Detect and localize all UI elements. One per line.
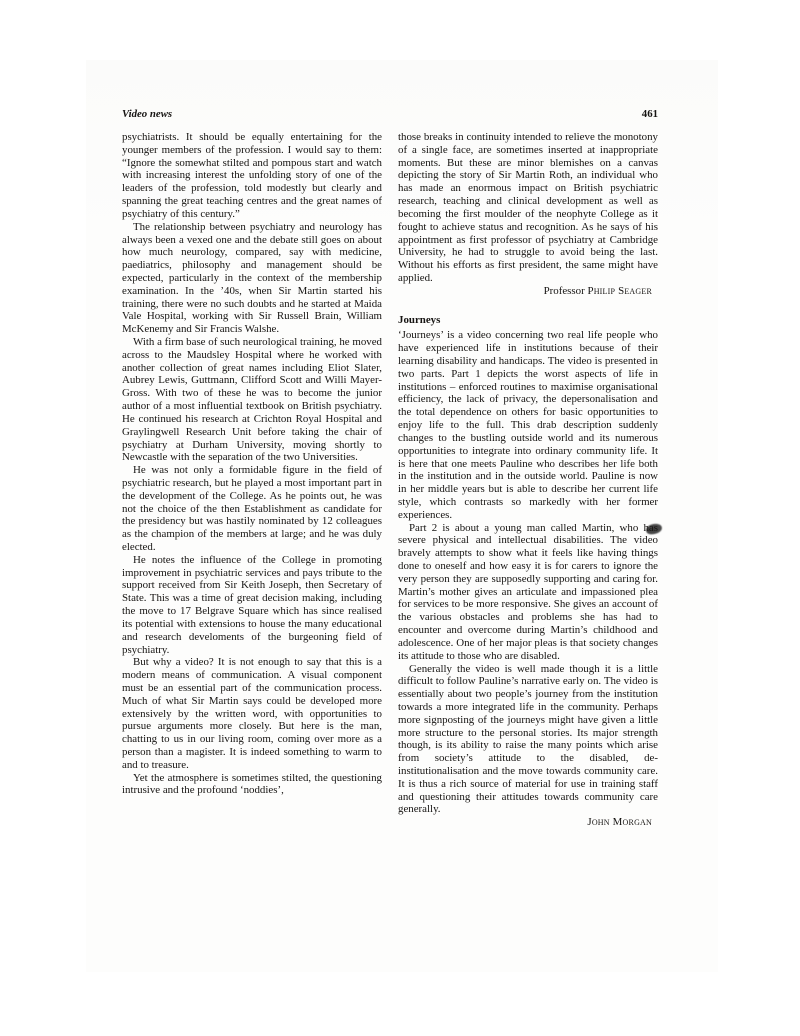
section-heading-journeys: Journeys [398,314,658,327]
right-column: those breaks in continuity intended to r… [398,131,658,829]
author-signature: John Morgan [398,816,658,829]
text-columns: psychiatrists. It should be equally ente… [122,131,658,829]
left-column: psychiatrists. It should be equally ente… [122,131,382,829]
signature-prefix: Professor [544,285,588,297]
signature-name: John Morgan [587,816,652,828]
page-header: Video news 461 [122,108,658,121]
paragraph: Yet the atmosphere is sometimes stilted,… [122,772,382,798]
paragraph: ‘Journeys’ is a video concerning two rea… [398,329,658,521]
paragraph: But why a video? It is not enough to say… [122,656,382,771]
author-signature: Professor Philip Seager [398,285,658,298]
page-content: Video news 461 psychiatrists. It should … [122,108,658,829]
paragraph: psychiatrists. It should be equally ente… [122,131,382,221]
paragraph: The relationship between psychiatry and … [122,221,382,336]
paragraph: those breaks in continuity intended to r… [398,131,658,285]
paragraph: With a firm base of such neurological tr… [122,336,382,464]
signature-name: Philip Seager [587,285,652,297]
paragraph: He notes the influence of the College in… [122,554,382,657]
page-number: 461 [642,108,658,121]
paragraph: He was not only a formidable figure in t… [122,464,382,554]
section-title: Video news [122,108,172,121]
paragraph: Generally the video is well made though … [398,663,658,817]
paragraph: Part 2 is about a young man called Marti… [398,522,658,663]
